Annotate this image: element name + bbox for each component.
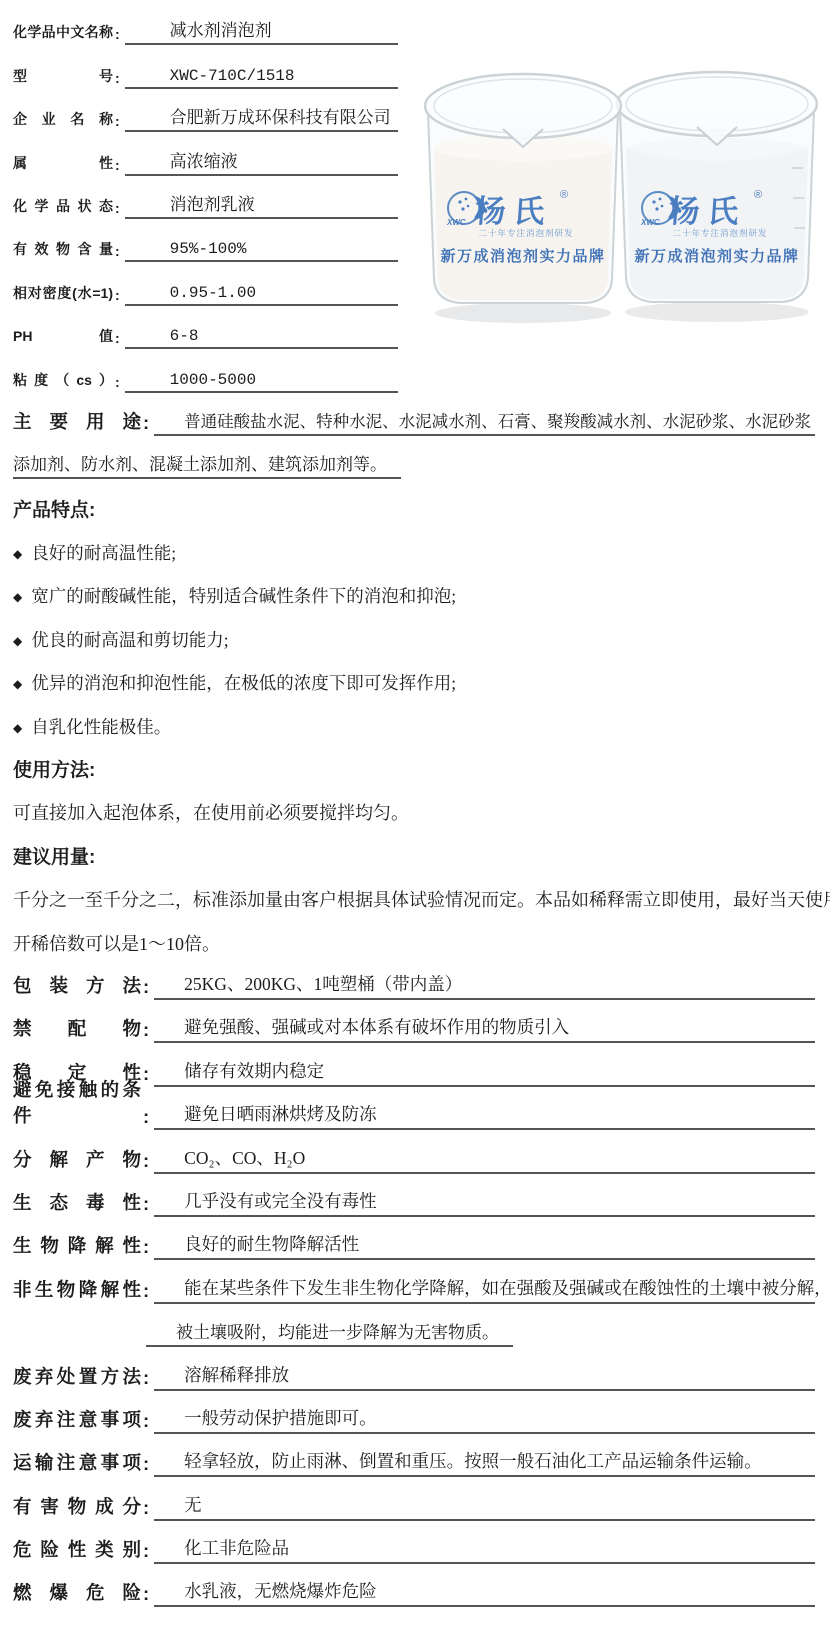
field-value: 溶解稀释排放 xyxy=(154,1362,815,1391)
feature-text: 自乳化性能极佳。 xyxy=(31,714,171,740)
usage-text: 可直接加入起泡体系，在使用前必须要搅拌均匀。 xyxy=(13,799,409,826)
field-value: 几乎没有或完全没有毒性 xyxy=(154,1188,815,1217)
field-value: 轻拿轻放，防止雨淋、倒置和重压。按照一般石油化工产品运输条件运输。 xyxy=(154,1448,815,1477)
field-value: 95%-100% xyxy=(125,240,398,262)
field-label: 相对密度(水=1): xyxy=(13,283,120,306)
field-value: 高浓缩液 xyxy=(125,147,398,176)
field-value: 避免日晒雨淋烘烤及防冻 xyxy=(154,1101,815,1130)
field-row: 有效物含量: 95%-100% xyxy=(13,219,398,262)
field-row: 化学品状态: 消泡剂乳液 xyxy=(13,176,398,219)
field-row: 主要用途: 普通硅酸盐水泥、特种水泥、水泥减水剂、石膏、聚羧酸减水剂、水泥砂浆、… xyxy=(13,393,815,436)
diamond-bullet-icon: ◆ xyxy=(13,590,22,609)
field-value: 无 xyxy=(154,1492,815,1521)
field-row: 型号: XWC-710C/1518 xyxy=(13,45,398,88)
usage-heading-row: 使用方法: xyxy=(13,740,815,783)
feature-text: 宽广的耐酸碱性能，特别适合碱性条件下的消泡和抑泡; xyxy=(31,583,456,609)
field-value: 0.95-1.00 xyxy=(125,284,398,306)
section-heading: 建议用量: xyxy=(13,842,95,870)
feature-item: ◆ 优异的消泡和抑泡性能，在极低的浓度下即可发挥作用; xyxy=(13,653,815,696)
field-value: 能在某些条件下发生非生物化学降解，如在强酸及强碱或在酸蚀性的土壤中被分解，可 xyxy=(154,1275,815,1304)
field-value: XWC-710C/1518 xyxy=(125,67,398,89)
dosage-heading-row: 建议用量: xyxy=(13,826,815,869)
field-label: 禁配物: xyxy=(13,1015,149,1043)
diamond-bullet-icon: ◆ xyxy=(13,677,22,696)
field-row: 危险性类别: 化工非危险品 xyxy=(13,1521,815,1564)
field-value: 避免强酸、强碱或对本体系有破坏作用的物质引入 xyxy=(154,1014,815,1043)
field-label: 危险性类别: xyxy=(13,1536,149,1564)
top-section: 化学品中文名称: 减水剂消泡剂 型号: XWC-710C/1518 企业名称: … xyxy=(0,2,830,393)
field-label: 废弃注意事项: xyxy=(13,1406,149,1434)
field-value: 减水剂消泡剂 xyxy=(125,16,398,45)
field-row: 生物降解性: 良好的耐生物降解活性 xyxy=(13,1217,815,1260)
field-row-continuation: 被土壤吸附，均能进一步降解为无害物质。 xyxy=(13,1304,815,1347)
field-row: 分解产物: CO₂、CO、H₂O xyxy=(13,1130,815,1173)
field-label: 属性: xyxy=(13,153,120,176)
field-label: 有效物含量: xyxy=(13,239,120,262)
beakers-image: XWC 杨氏 ® 二十年专注消泡剂研发 新万成消泡剂实力品牌 xyxy=(420,48,825,343)
field-row: 废弃处置方法: 溶解稀释排放 xyxy=(13,1347,815,1390)
dosage-text-line2: 开稀倍数可以是1～10倍。 xyxy=(13,930,220,957)
field-row: 粘度（cs）: 1000-5000 xyxy=(13,349,398,392)
field-label: 非生物降解性: xyxy=(13,1276,149,1304)
product-photo: XWC 杨氏 ® 二十年专注消泡剂研发 新万成消泡剂实力品牌 xyxy=(420,48,825,343)
field-row: PH值: 6-8 xyxy=(13,306,398,349)
dosage-text-row: 开稀倍数可以是1～10倍。 xyxy=(13,913,815,956)
field-label: 化学品状态: xyxy=(13,196,120,219)
field-label: 有害物成分: xyxy=(13,1493,149,1521)
usage-text-row: 可直接加入起泡体系，在使用前必须要搅拌均匀。 xyxy=(13,783,815,826)
field-value: 25KG、200KG、1吨塑桶（带内盖） xyxy=(154,971,815,1000)
field-row: 燃爆危险: 水乳液，无燃烧爆炸危险 xyxy=(13,1564,815,1607)
beaker-left xyxy=(425,74,621,323)
field-value: 储存有效期内稳定 xyxy=(154,1058,815,1087)
field-row: 运输注意事项: 轻拿轻放，防止雨淋、倒置和重压。按照一般石油化工产品运输条件运输… xyxy=(13,1434,815,1477)
field-value: 普通硅酸盐水泥、特种水泥、水泥减水剂、石膏、聚羧酸减水剂、水泥砂浆、水泥砂浆 xyxy=(154,408,815,436)
field-value: 一般劳动保护措施即可。 xyxy=(154,1405,815,1434)
feature-text: 优异的消泡和抑泡性能，在极低的浓度下即可发挥作用; xyxy=(31,670,456,696)
field-value: 水乳液，无燃烧爆炸危险 xyxy=(154,1578,815,1607)
field-label: 分解产物: xyxy=(13,1146,149,1174)
field-value-continuation: 被土壤吸附，均能进一步降解为无害物质。 xyxy=(146,1318,513,1347)
field-label: 燃爆危险: xyxy=(13,1579,149,1607)
field-value: 良好的耐生物降解活性 xyxy=(154,1231,815,1260)
field-label: 生物降解性: xyxy=(13,1232,149,1260)
field-value: 消泡剂乳液 xyxy=(125,190,398,219)
field-label: 包装方法: xyxy=(13,972,149,1000)
field-value: 化工非危险品 xyxy=(154,1535,815,1564)
diamond-bullet-icon: ◆ xyxy=(13,547,22,566)
feature-item: ◆ 宽广的耐酸碱性能，特别适合碱性条件下的消泡和抑泡; xyxy=(13,566,815,609)
main-use-section: 主要用途: 普通硅酸盐水泥、特种水泥、水泥减水剂、石膏、聚羧酸减水剂、水泥砂浆、… xyxy=(0,393,830,1608)
field-value: 1000-5000 xyxy=(125,371,398,393)
field-label: PH值: xyxy=(13,326,120,349)
field-row: 化学品中文名称: 减水剂消泡剂 xyxy=(13,2,398,45)
feature-text: 良好的耐高温性能; xyxy=(31,540,176,566)
field-label: 避免接触的条件: xyxy=(13,1076,149,1130)
field-row: 相对密度(水=1): 0.95-1.00 xyxy=(13,262,398,305)
section-heading: 产品特点: xyxy=(13,495,95,523)
diamond-bullet-icon: ◆ xyxy=(13,721,22,740)
field-row-continuation: 添加剂、防水剂、混凝土添加剂、建筑添加剂等。 xyxy=(13,436,815,479)
field-value: 6-8 xyxy=(125,327,398,349)
field-value-continuation: 添加剂、防水剂、混凝土添加剂、建筑添加剂等。 xyxy=(13,450,401,479)
field-row: 有害物成分: 无 xyxy=(13,1477,815,1520)
feature-item: ◆ 优良的耐高温和剪切能力; xyxy=(13,609,815,652)
beaker-right xyxy=(617,72,817,322)
feature-item: ◆ 自乳化性能极佳。 xyxy=(13,696,815,739)
field-row: 企业名称: 合肥新万成环保科技有限公司 xyxy=(13,89,398,132)
field-row: 非生物降解性: 能在某些条件下发生非生物化学降解，如在强酸及强碱或在酸蚀性的土壤… xyxy=(13,1260,815,1303)
section-heading: 使用方法: xyxy=(13,755,95,783)
features-heading-row: 产品特点: xyxy=(13,479,815,522)
dosage-text-row: 千分之一至千分之二，标准添加量由客户根据具体试验情况而定。本品如稀释需立即使用，… xyxy=(13,870,815,913)
field-label: 粘度（cs）: xyxy=(13,370,120,393)
field-value: 合肥新万成环保科技有限公司 xyxy=(125,103,398,132)
feature-text: 优良的耐高温和剪切能力; xyxy=(31,627,228,653)
field-row: 生态毒性: 几乎没有或完全没有毒性 xyxy=(13,1174,815,1217)
field-label: 运输注意事项: xyxy=(13,1449,149,1477)
field-label: 化学品中文名称: xyxy=(13,22,120,45)
field-row: 包装方法: 25KG、200KG、1吨塑桶（带内盖） xyxy=(13,957,815,1000)
field-row: 废弃注意事项: 一般劳动保护措施即可。 xyxy=(13,1391,815,1434)
field-value: CO₂、CO、H₂O xyxy=(154,1145,815,1174)
field-label: 主要用途: xyxy=(13,408,149,436)
dosage-text-line1: 千分之一至千分之二，标准添加量由客户根据具体试验情况而定。本品如稀释需立即使用，… xyxy=(13,886,830,913)
field-row: 禁配物: 避免强酸、强碱或对本体系有破坏作用的物质引入 xyxy=(13,1000,815,1043)
field-row: 属性: 高浓缩液 xyxy=(13,132,398,175)
field-label: 废弃处置方法: xyxy=(13,1363,149,1391)
feature-item: ◆ 良好的耐高温性能; xyxy=(13,523,815,566)
field-label: 型号: xyxy=(13,66,120,89)
product-datasheet-page: 化学品中文名称: 减水剂消泡剂 型号: XWC-710C/1518 企业名称: … xyxy=(0,0,830,1628)
field-row: 避免接触的条件: 避免日晒雨淋烘烤及防冻 xyxy=(13,1087,815,1130)
diamond-bullet-icon: ◆ xyxy=(13,634,22,653)
field-label: 生态毒性: xyxy=(13,1189,149,1217)
field-label: 企业名称: xyxy=(13,109,120,132)
